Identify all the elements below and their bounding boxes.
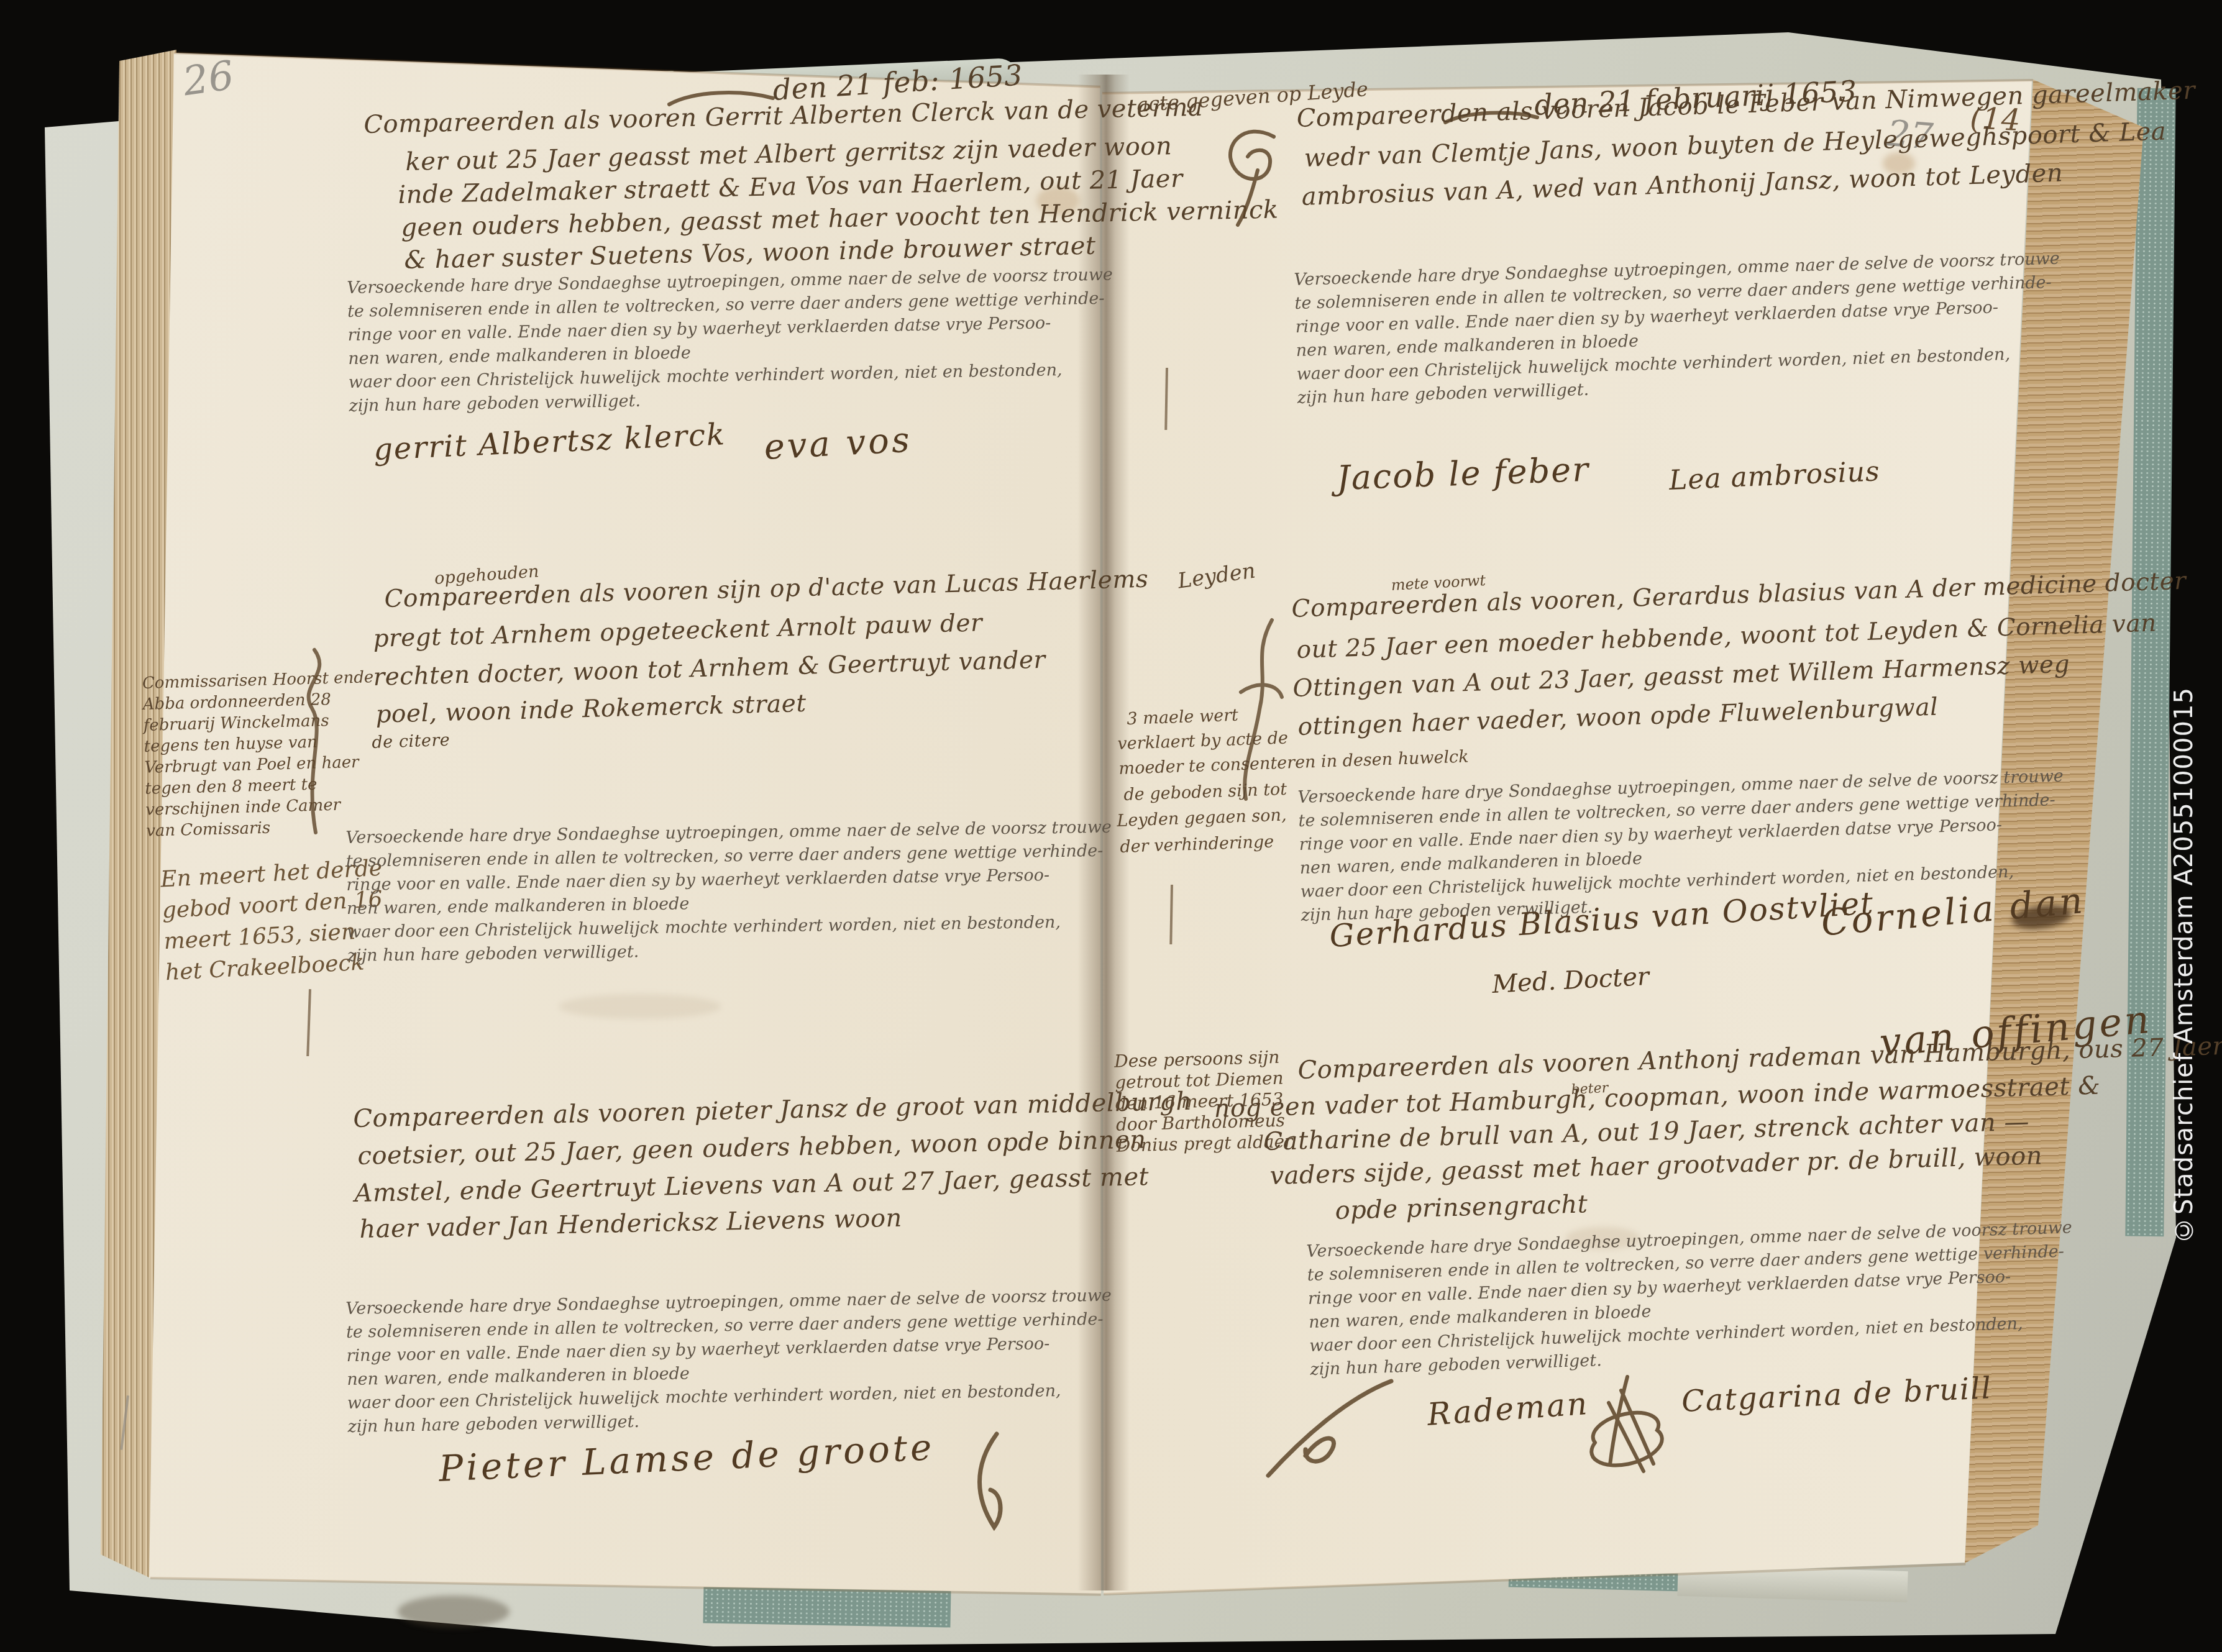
flourish-paraph bbox=[293, 646, 337, 839]
signature-knot-flourish bbox=[1581, 1367, 1675, 1485]
cover-stain bbox=[398, 1595, 510, 1628]
banns-formula-block: Versoeckende hare drye Sondaeghse uytroe… bbox=[1306, 1216, 2076, 1382]
banns-formula-block: Versoeckende hare drye Sondaeghse uytroe… bbox=[345, 816, 1113, 968]
margin-note-line: 3 maele wert bbox=[1127, 706, 1238, 729]
banns-formula-block: Versoeckende hare drye Sondaeghse uytroe… bbox=[347, 263, 1115, 418]
manuscript-scan: 26 den 21 feb: 1653 Compareerden als voo… bbox=[0, 0, 2222, 1652]
banns-formula-block: Versoeckende hare drye Sondaeghse uytroe… bbox=[1294, 247, 2064, 410]
signature-flourish bbox=[1264, 1376, 1395, 1482]
page-number-pencil-left: 26 bbox=[180, 53, 237, 106]
signature-bride: eva vos bbox=[763, 420, 913, 468]
ink-showthrough bbox=[559, 994, 721, 1019]
margin-note-commissioners: Commissarisen Hoorst ende Abba ordonneer… bbox=[142, 667, 378, 842]
signature-flourish bbox=[964, 1429, 1020, 1535]
archive-watermark: ©Stadsarchief Amsterdam A20551000015 bbox=[2170, 523, 2198, 1244]
banns-formula-block: Versoeckende hare drye Sondaeghse uytroe… bbox=[345, 1284, 1114, 1438]
flourish-initial bbox=[1219, 124, 1287, 230]
entry-body-line: de citere bbox=[372, 731, 450, 752]
flourish-paraph bbox=[1233, 615, 1289, 808]
